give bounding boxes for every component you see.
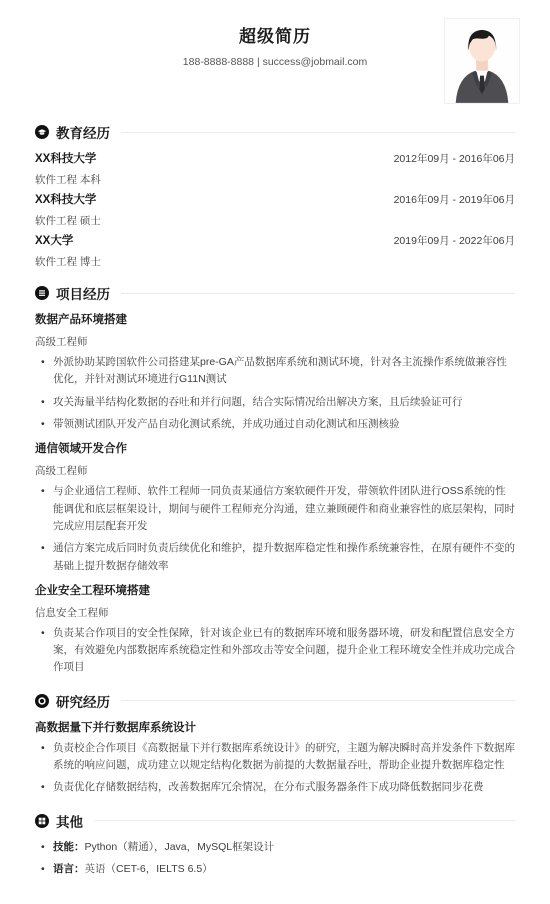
- project-role: 高级工程师: [35, 463, 515, 478]
- degree-info: 软件工程 硕士: [35, 213, 515, 228]
- bullet-point: 负责校企合作项目《高数据量下并行数据库系统设计》的研究，主题为解决瞬时高并发条件…: [51, 740, 515, 775]
- resume-title: 超级简历: [35, 22, 515, 47]
- project-bullets: 负责某合作项目的安全性保障，针对该企业已有的数据库环境和服务器环境，研发和配置信…: [35, 625, 515, 677]
- project-name: 通信领域开发合作: [35, 440, 515, 456]
- section-other: 其他 技能：Python（精通），Java，MySQL框架设计 语言：英语（CE…: [35, 811, 515, 879]
- education-section-title: 教育经历: [56, 122, 110, 142]
- other-list: 技能：Python（精通），Java，MySQL框架设计 语言：英语（CET-6…: [35, 839, 515, 879]
- education-section-header: 教育经历: [35, 122, 515, 142]
- section-divider: [121, 132, 515, 133]
- education-date: 2012年09月 - 2016年06月: [394, 151, 515, 166]
- education-item: XX大学 2019年09月 - 2022年06月 软件工程 博士: [35, 232, 515, 269]
- briefcase-list-icon: [35, 286, 49, 300]
- project-item: 企业安全工程环境搭建 信息安全工程师 负责某合作项目的安全性保障，针对该企业已有…: [35, 582, 515, 677]
- avatar: [444, 18, 520, 104]
- ring-lens-icon: [35, 694, 49, 708]
- skill-text: Python（精通），Java，MySQL框架设计: [85, 841, 275, 853]
- other-section-title: 其他: [56, 811, 83, 831]
- language-text: 英语（CET-6，IELTS 6.5）: [85, 863, 213, 875]
- language-label: 语言：: [53, 863, 85, 875]
- contact-info: 188-8888-8888 | success@jobmail.com: [35, 56, 515, 68]
- section-research: 研究经历 高数据量下并行数据库系统设计 负责校企合作项目《高数据量下并行数据库系…: [35, 691, 515, 797]
- research-item: 高数据量下并行数据库系统设计 负责校企合作项目《高数据量下并行数据库系统设计》的…: [35, 719, 515, 797]
- skill-label: 技能：: [53, 841, 85, 853]
- project-name: 企业安全工程环境搭建: [35, 582, 515, 598]
- bullet-point: 带领测试团队开发产品自动化测试系统，并成功通过自动化测试和压测核验: [51, 416, 515, 433]
- section-divider: [121, 700, 515, 701]
- school-name: XX大学: [35, 232, 73, 248]
- bullet-point: 负责某合作项目的安全性保障，针对该企业已有的数据库环境和服务器环境，研发和配置信…: [51, 625, 515, 677]
- education-item: XX科技大学 2012年09月 - 2016年06月 软件工程 本科: [35, 150, 515, 187]
- resume-header: 超级简历 188-8888-8888 | success@jobmail.com: [35, 16, 515, 108]
- education-date: 2019年09月 - 2022年06月: [394, 233, 515, 248]
- education-date: 2016年09月 - 2019年06月: [394, 192, 515, 207]
- language-item: 语言：英语（CET-6，IELTS 6.5）: [51, 861, 515, 878]
- project-bullets: 与企业通信工程师、软件工程师一同负责某通信方案软硬件开发，带领软件团队进行OSS…: [35, 483, 515, 575]
- bullet-point: 通信方案完成后同时负责后续优化和维护，提升数据库稳定性和操作系统兼容性，在原有硬…: [51, 540, 515, 575]
- bullet-point: 负责优化存储数据结构，改善数据库冗余情况，在分布式服务器条件下成功降低数据同步花…: [51, 779, 515, 796]
- degree-info: 软件工程 本科: [35, 172, 515, 187]
- graduation-cap-icon: [35, 125, 49, 139]
- project-bullets: 外派协助某跨国软件公司搭建某pre-GA产品数据库系统和测试环境，针对各主流操作…: [35, 354, 515, 433]
- section-projects: 项目经历 数据产品环境搭建 高级工程师 外派协助某跨国软件公司搭建某pre-GA…: [35, 283, 515, 677]
- research-section-header: 研究经历: [35, 691, 515, 711]
- bullet-point: 与企业通信工程师、软件工程师一同负责某通信方案软硬件开发，带领软件团队进行OSS…: [51, 483, 515, 535]
- grid-icon: [35, 814, 49, 828]
- research-name: 高数据量下并行数据库系统设计: [35, 719, 515, 735]
- other-section-header: 其他: [35, 811, 515, 831]
- school-name: XX科技大学: [35, 191, 96, 207]
- project-name: 数据产品环境搭建: [35, 311, 515, 327]
- project-item: 通信领域开发合作 高级工程师 与企业通信工程师、软件工程师一同负责某通信方案软硬…: [35, 440, 515, 575]
- skill-item: 技能：Python（精通），Java，MySQL框架设计: [51, 839, 515, 856]
- project-role: 信息安全工程师: [35, 605, 515, 620]
- project-role: 高级工程师: [35, 334, 515, 349]
- section-education: 教育经历 XX科技大学 2012年09月 - 2016年06月 软件工程 本科 …: [35, 122, 515, 269]
- projects-section-title: 项目经历: [56, 283, 110, 303]
- section-divider: [121, 293, 515, 294]
- section-divider: [94, 820, 515, 821]
- school-name: XX科技大学: [35, 150, 96, 166]
- project-item: 数据产品环境搭建 高级工程师 外派协助某跨国软件公司搭建某pre-GA产品数据库…: [35, 311, 515, 433]
- projects-section-header: 项目经历: [35, 283, 515, 303]
- bullet-point: 外派协助某跨国软件公司搭建某pre-GA产品数据库系统和测试环境，针对各主流操作…: [51, 354, 515, 389]
- male-avatar-icon: [445, 19, 519, 103]
- education-item: XX科技大学 2016年09月 - 2019年06月 软件工程 硕士: [35, 191, 515, 228]
- research-section-title: 研究经历: [56, 691, 110, 711]
- degree-info: 软件工程 博士: [35, 254, 515, 269]
- research-bullets: 负责校企合作项目《高数据量下并行数据库系统设计》的研究，主题为解决瞬时高并发条件…: [35, 740, 515, 797]
- resume-page: 超级简历 188-8888-8888 | success@jobmail.com: [0, 0, 550, 904]
- bullet-point: 攻关海量半结构化数据的吞吐和并行问题，结合实际情况给出解决方案，且后续验证可行: [51, 394, 515, 411]
